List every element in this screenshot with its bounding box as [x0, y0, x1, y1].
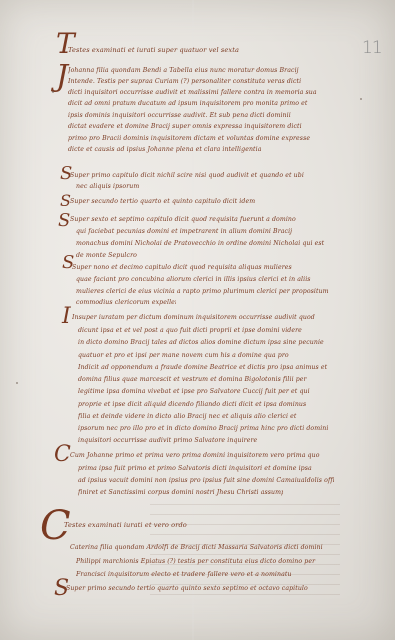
text-line: dicti inquisitori occurrisse audivit et …	[68, 89, 333, 97]
folio-number: 11	[362, 38, 382, 58]
text-line: Philippi marchionis Epiatus (?) testis p…	[76, 558, 336, 566]
text-line: Insuper iuratam per dictum dominum inqui…	[72, 314, 334, 322]
stain-mark	[16, 382, 18, 384]
text-line: Super primo secundo tertio quarto quinto…	[66, 585, 336, 593]
text-line: Indicit ad opponendum a fraude domine Be…	[78, 364, 334, 372]
text-line: prima ipsa fuit primo et primo Salvatori…	[78, 465, 334, 473]
decorated-initial-s: S	[58, 212, 70, 230]
text-line: Super primo capitulo dicit nichil scire …	[70, 172, 330, 180]
decorated-initial-c: C	[54, 444, 71, 466]
text-line: dicit ad omni pratum ducatum ad ipsum in…	[68, 100, 333, 108]
text-line: ad ipsius vacuit domini non ipsius pro i…	[78, 477, 334, 485]
text-line: Caterina filia quondam Ardolfi de Bracij…	[70, 544, 336, 552]
stain-mark	[52, 91, 54, 93]
text-line: Super secundo tertio quarto et quinto ca…	[70, 198, 280, 206]
text-line: Super nono et decimo capitulo dicit quod…	[72, 264, 334, 272]
text-line: qui faciebat pecunias domini et impetrar…	[76, 228, 332, 236]
text-line: Cum Johanne primo et prima vero prima do…	[70, 452, 334, 460]
decorated-initial-j: J	[56, 62, 68, 92]
text-line: de monte Sepulcro	[76, 252, 156, 260]
text-line: dicte et causis ad ipsius Johanne plena …	[68, 146, 298, 154]
text-line: Super sexto et septimo capitulo dicit qu…	[70, 216, 332, 224]
text-line: quae faciant pro concubina aliorum cleri…	[76, 276, 334, 284]
text-line: Intende. Testis per supraa Curiam (?) pe…	[68, 78, 333, 86]
text-line: Johanna filia quondam Bendi a Tabella ei…	[68, 67, 333, 75]
text-line: proprie et ipse dicit aliquid dicendo fi…	[78, 401, 334, 409]
text-line: ipsis dominis inquisitori occurrisse aud…	[68, 112, 333, 120]
text-line: Francisci inquisitorum electo et tradere…	[76, 571, 291, 579]
text-line: dicunt ipsa et et vel post a quo fuit di…	[78, 327, 334, 335]
text-line: dictat evadere et domine Bracij super om…	[68, 123, 333, 131]
section-heading: Testes examinati et iurati super quatuor…	[68, 46, 288, 54]
text-line: inquisitori occurrisse audivit primo Sal…	[78, 437, 278, 445]
text-line: mulieres clerici de eius vicinia a rapto…	[76, 288, 334, 296]
text-line: domina filius quae marcescit et vestrum …	[78, 376, 334, 384]
decorated-initial-i: I	[62, 306, 71, 328]
section-heading: Testes examinati iurati et vero ordo	[64, 521, 194, 529]
text-line: quatuor et pro et ipsi per mane novem cu…	[78, 352, 334, 360]
text-line: primo pro Bracii dominis inquisitorem di…	[68, 135, 333, 143]
text-line: nec aliquis ipsorum	[76, 183, 176, 191]
text-line: monachus domini Nicholai de Pratovecchio…	[76, 240, 332, 248]
text-line: in dicto domino Bracij tales ad dictos a…	[78, 339, 334, 347]
stain-mark	[360, 98, 362, 100]
manuscript-page: 11 T Testes examinati et iurati super qu…	[0, 0, 395, 640]
text-line: legitime ipsa domina vivebat et ipse pro…	[78, 388, 334, 396]
text-line: commodius clericorum expellendos	[76, 299, 176, 307]
text-line: filia et deinde videre in dicto alio Bra…	[78, 413, 334, 421]
text-line: ipsorum nec pro illo pro et in dicto dom…	[78, 425, 334, 433]
